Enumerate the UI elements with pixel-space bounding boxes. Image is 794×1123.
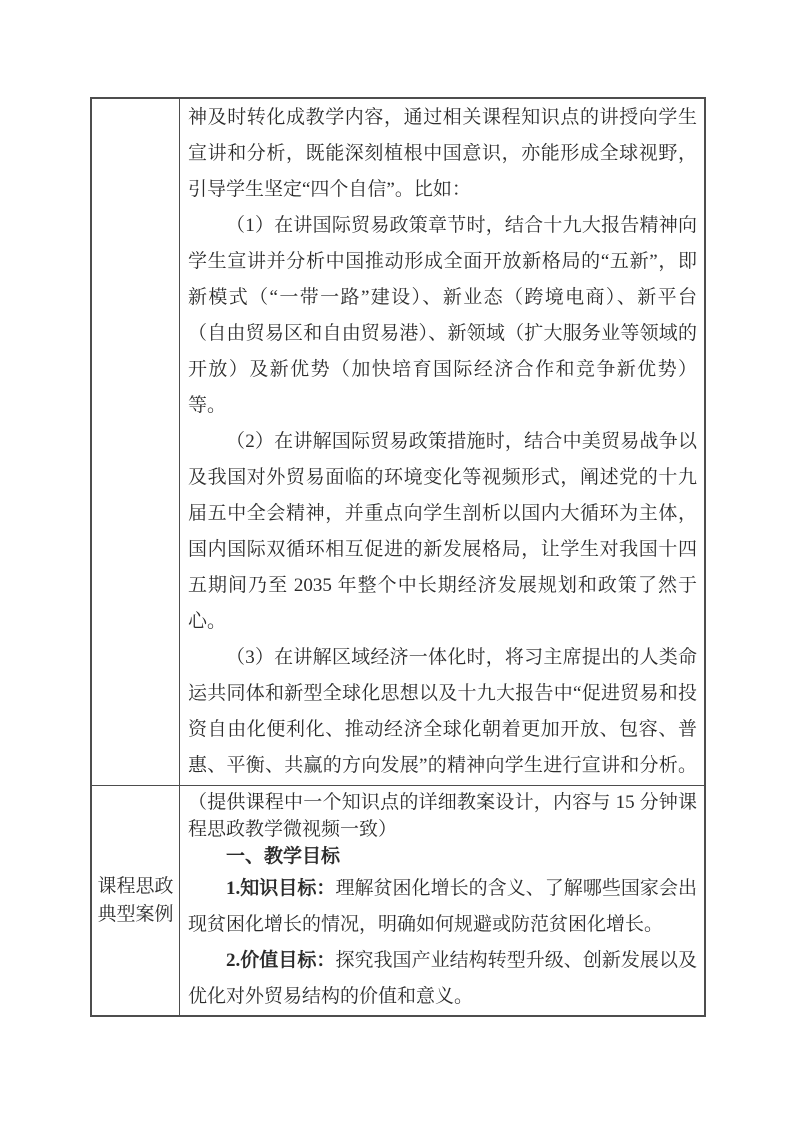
paragraph-point-2: （2）在讲解国际贸易政策措施时，结合中美贸易战争以及我国对外贸易面临的环境变化等…: [188, 424, 697, 640]
document-page: 神及时转化成教学内容，通过相关课程知识点的讲授向学生宣讲和分析，既能深刻植根中国…: [0, 0, 794, 1123]
note-paragraph: （提供课程中一个知识点的详细教案设计，内容与 15 分钟课程思政教学微视频一致）: [188, 789, 697, 843]
objective-knowledge-label: 1.知识目标：: [226, 878, 335, 899]
paragraph-point-1: （1）在讲国际贸易政策章节时，结合十九大报告精神向学生宣讲并分析中国推动形成全面…: [188, 208, 697, 424]
row-label-line-1: 课程思政: [97, 873, 173, 901]
paragraph-point-3: （3）在讲解区域经济一体化时，将习主席提出的人类命运共同体和新型全球化思想以及十…: [188, 640, 697, 786]
row-label-typical-case: 课程思政 典型案例: [97, 873, 173, 929]
row1-label-cell: [92, 99, 180, 786]
row1-content-cell: 神及时转化成教学内容，通过相关课程知识点的讲授向学生宣讲和分析，既能深刻植根中国…: [180, 99, 704, 786]
section-heading-teaching-goals: 一、教学目标: [188, 843, 697, 871]
paragraph-continuation: 神及时转化成教学内容，通过相关课程知识点的讲授向学生宣讲和分析，既能深刻植根中国…: [188, 100, 697, 208]
objective-knowledge: 1.知识目标：理解贫困化增长的含义、了解哪些国家会出现贫困化增长的情况，明确如何…: [188, 871, 697, 943]
row2-label-cell: 课程思政 典型案例: [92, 786, 180, 1015]
objective-value-label: 2.价值目标：: [226, 950, 335, 971]
row2-content-cell: （提供课程中一个知识点的详细教案设计，内容与 15 分钟课程思政教学微视频一致）…: [180, 786, 704, 1015]
objective-value: 2.价值目标：探究我国产业结构转型升级、创新发展以及优化对外贸易结构的价值和意义…: [188, 943, 697, 1015]
lesson-plan-table: 神及时转化成教学内容，通过相关课程知识点的讲授向学生宣讲和分析，既能深刻植根中国…: [90, 97, 706, 1017]
row-label-line-2: 典型案例: [97, 901, 173, 929]
